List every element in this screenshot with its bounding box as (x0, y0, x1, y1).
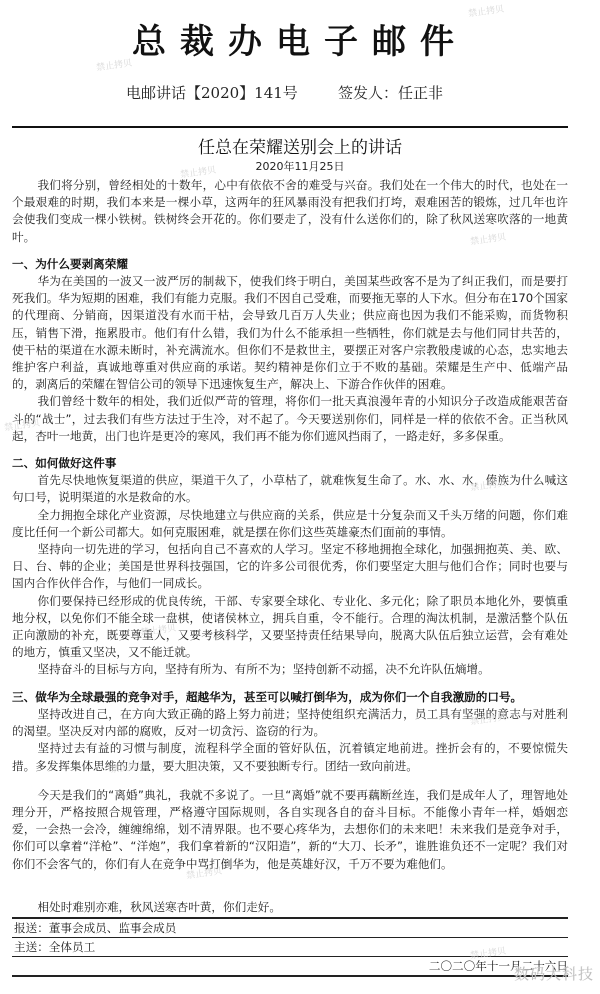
header-divider (12, 126, 568, 128)
distribution-footer: 报送：董事会成员、监事会成员 主送：全体员工 二〇二〇年十一月二十六日 (12, 917, 568, 977)
signer-label: 签发人： (338, 84, 398, 102)
speech-date: 2020年11月25日 (0, 158, 600, 174)
section-3-paragraph-2: 坚持过去有益的习惯与制度，流程科学全面的管好队伍，沉着镇定地前进。挫折会有的，不… (12, 740, 568, 774)
section-2-paragraph-4: 你们要保持已经形成的优良传统，干部、专家要全球化、专业化、多元化；除了职员本地化… (12, 593, 568, 662)
section-2-paragraph-1: 首先尽快地恢复渠道的供应，渠道干久了，小草枯了，就难恢复生命了。水、水、水，傣族… (12, 472, 568, 506)
speech-title: 任总在荣耀送别会上的讲话 (0, 133, 600, 158)
document-number: 电邮讲话【2020】141号 (126, 82, 298, 103)
brand-watermark: 数码大科技 (514, 963, 594, 984)
section-1-paragraph-2: 我们曾经十数年的相处，我们近似严苛的管理，将你们一批天真浪漫年青的小知识分子改造… (12, 393, 568, 445)
section-heading-2: 二、如何做好这件事 (12, 455, 568, 472)
footer-divider (12, 975, 568, 977)
section-1-paragraph-1: 华为在美国的一波又一波严厉的制裁下，使我们终于明白，美国某些政客不是为了纠正我们… (12, 273, 568, 393)
speech-body: 我们将分别，曾经相处的十数年，心中有依依不舍的难受与兴奋。我们处在一个伟大的时代… (12, 177, 568, 916)
signer-block: 签发人：任正非 (338, 82, 443, 103)
report-to-line: 报送：董事会成员、监事会成员 (12, 919, 568, 937)
section-3-paragraph-1: 坚持改进自己，在方向大致正确的路上努力前进；坚持使组织充满活力，员工具有坚强的意… (12, 706, 568, 740)
signer-name: 任正非 (398, 84, 443, 102)
section-heading-3: 三、做华为全球最强的竞争对手，超越华为，甚至可以喊打倒华为，成为你们一个自我激励… (12, 689, 568, 706)
farewell-line: 相处时难别亦难，秋风送寒杏叶黄，你们走好。 (12, 899, 568, 916)
section-heading-1: 一、为什么要剥离荣耀 (12, 256, 568, 273)
section-2-paragraph-2: 全力拥抱全球化产业资源，尽快地建立与供应商的关系，供应是十分复杂而又千头万绪的问… (12, 507, 568, 541)
document-meta-row: 电邮讲话【2020】141号 签发人：任正非 (0, 82, 600, 104)
section-2-paragraph-5: 坚持奋斗的目标与方向，坚持有所为、有所不为；坚持创新不动摇，决不允许队伍熵增。 (12, 661, 568, 678)
issue-date: 二〇二〇年十一月二十六日 (12, 957, 568, 975)
section-2-paragraph-3: 坚持向一切先进的学习，包括向自己不喜欢的人学习。坚定不移地拥抱全球化，加强拥抱英… (12, 541, 568, 593)
intro-paragraph: 我们将分别，曾经相处的十数年，心中有依依不舍的难受与兴奋。我们处在一个伟大的时代… (12, 177, 568, 246)
send-to-line: 主送：全体员工 (12, 938, 568, 956)
closing-paragraph: 今天是我们的“离婚”典礼，我就不多说了。一旦“离婚”就不要再藕断丝连，我们是成年… (12, 787, 568, 873)
document-header-title: 总裁办电子邮件 (0, 14, 600, 63)
